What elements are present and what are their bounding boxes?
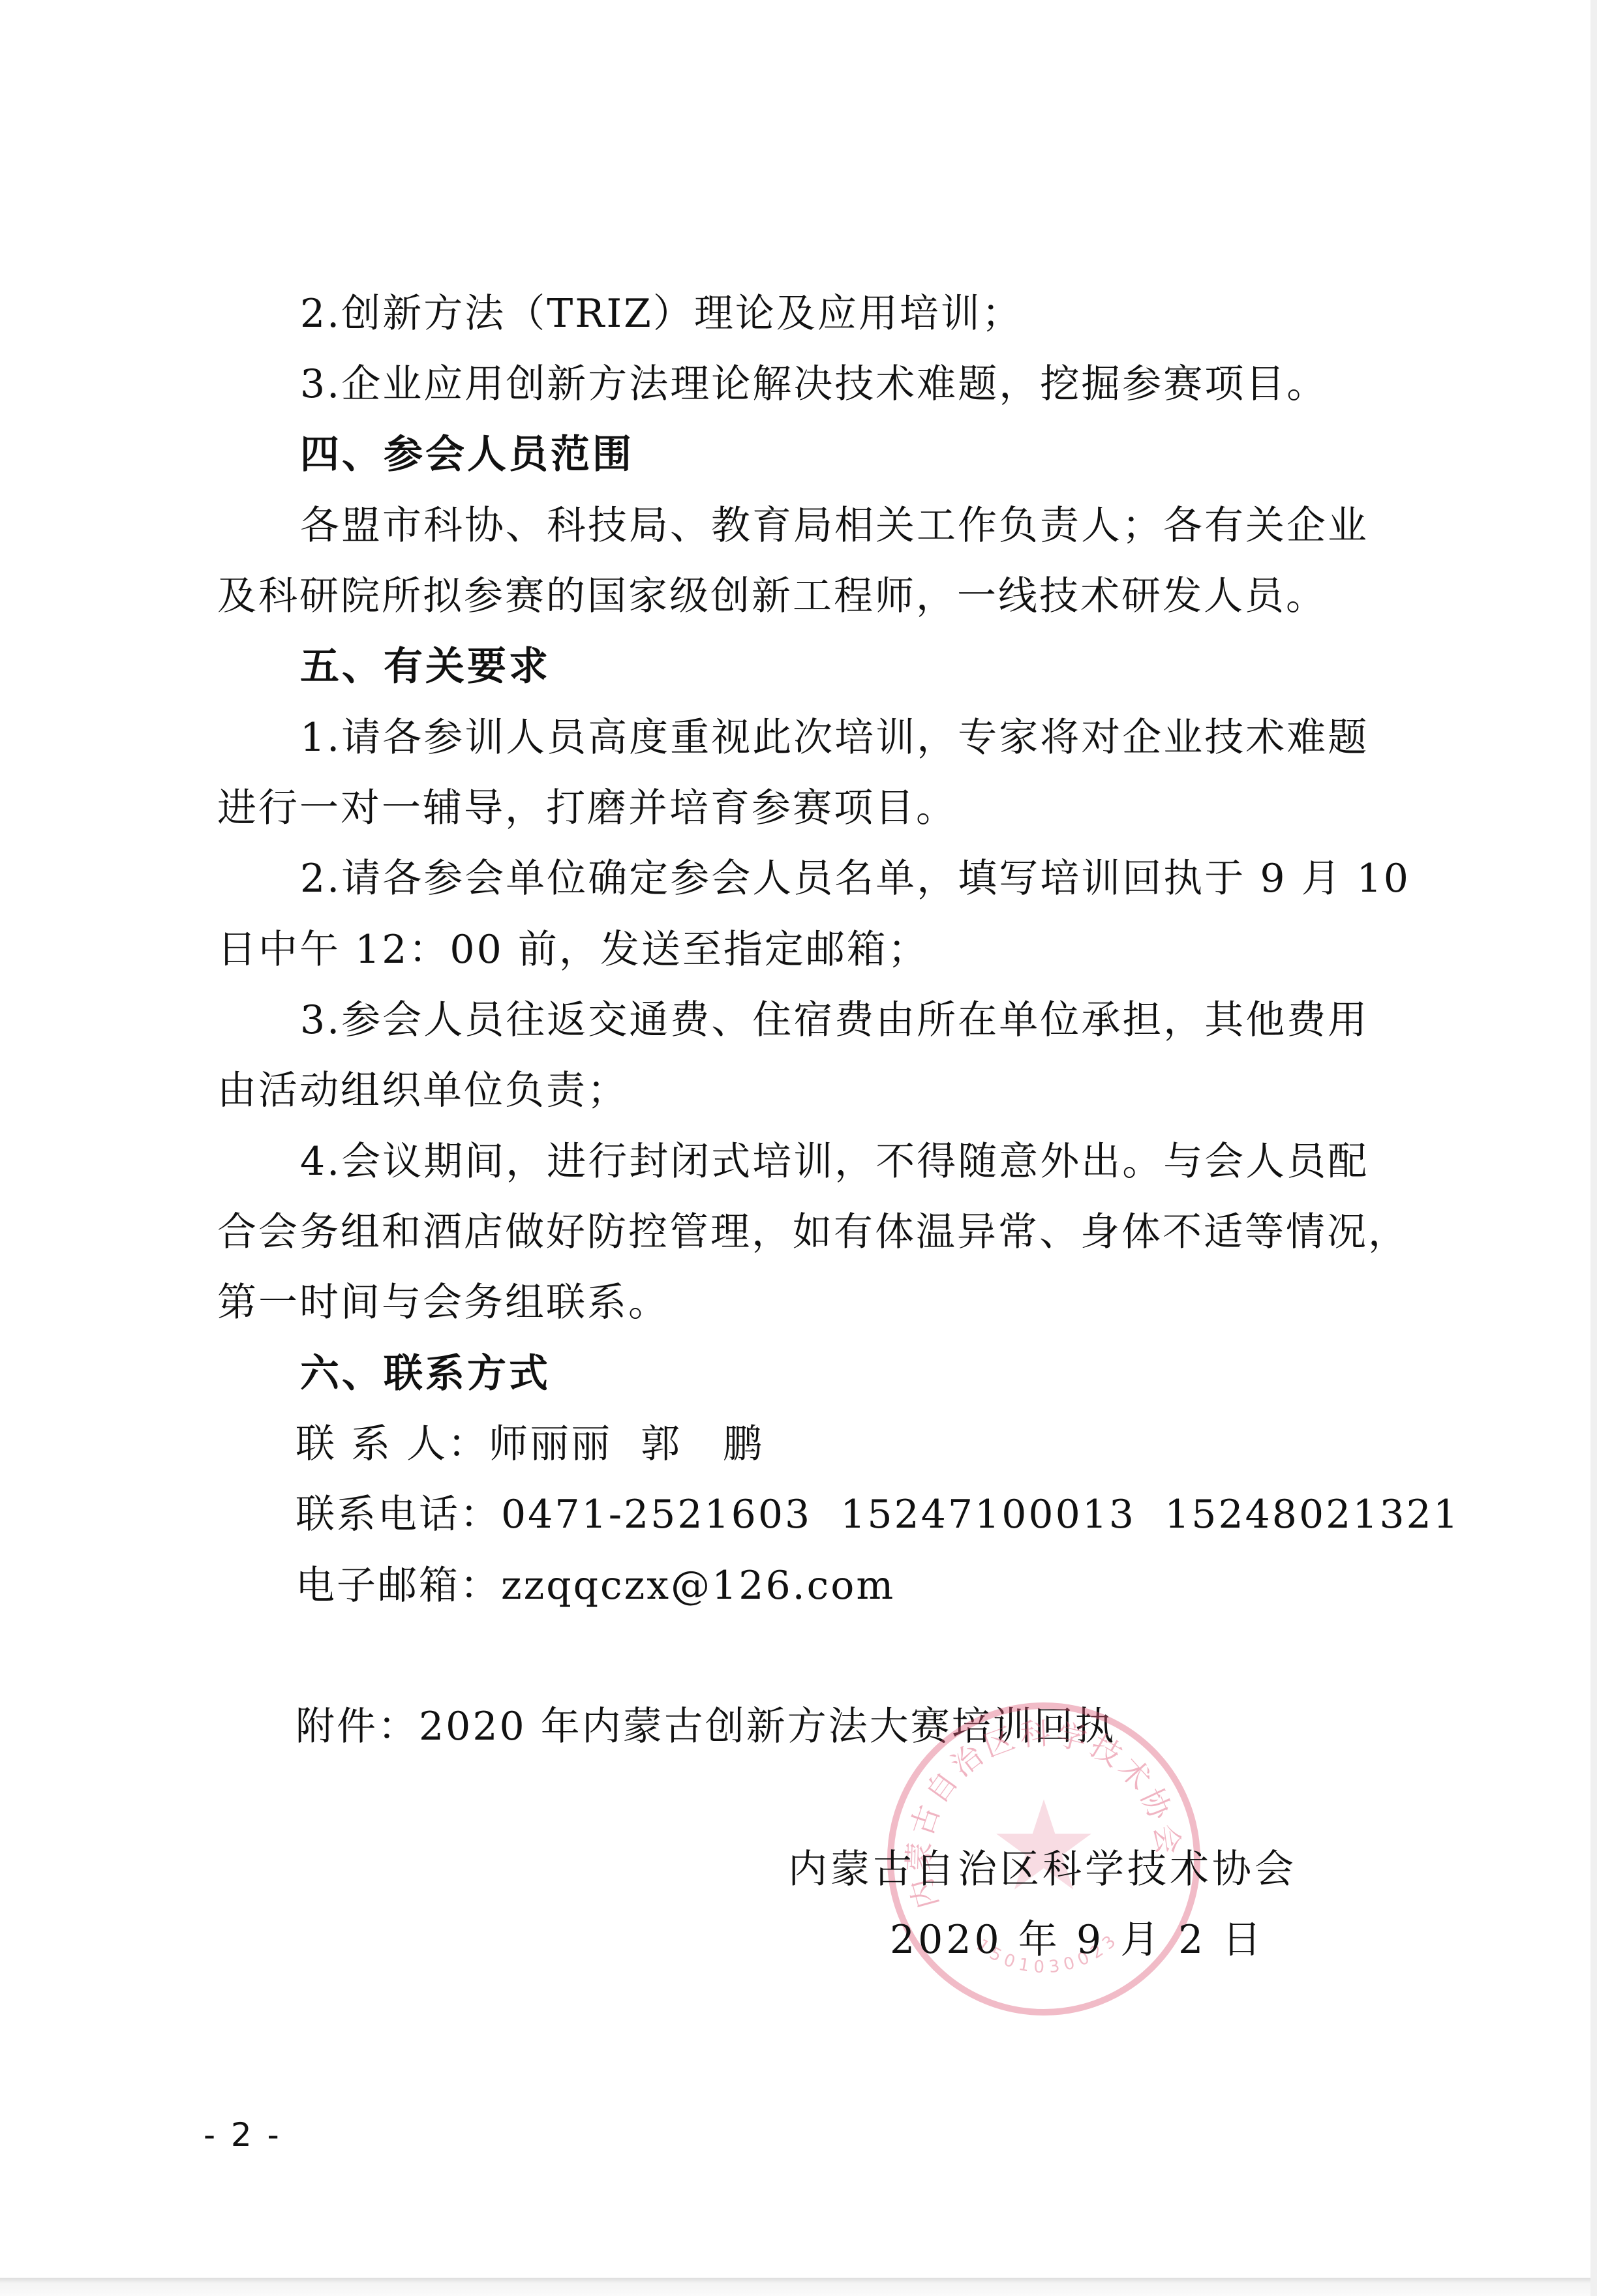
contact-phone-2: 15247100013 [840,1492,1136,1537]
contact-phones-row: 联系电话：0471-25216031524710001315248021321 [296,1479,1489,1550]
page-number: - 2 - [204,2112,282,2158]
scan-edge-bottom [0,2278,1597,2296]
document-page: 2.创新方法（TRIZ）理论及应用培训； 3.企业应用创新方法理论解决技术难题，… [0,0,1597,2296]
signature-date: 2020 年 9 月 2 日 [890,1905,1264,1975]
contact-phone-label: 联系电话： [296,1492,501,1537]
requirement-1-line2: 进行一对一辅导，打磨并培育参赛项目。 [217,773,1411,843]
scan-edge-right [1590,0,1597,2296]
requirement-1-line1: 1.请各参训人员高度重视此次培训，专家将对企业技术难题 [300,702,1494,773]
contact-email-row: 电子邮箱：zzqqczx@126.com [296,1550,1489,1621]
contact-phone-3: 15248021321 [1164,1492,1460,1537]
contact-person-1: 师丽丽 [489,1421,612,1467]
section-heading-requirements: 五、有关要求 [300,631,1494,702]
paragraph-participants-line2: 及科研院所拟参赛的国家级创新工程师，一线技术研发人员。 [217,561,1411,631]
requirement-4-line2: 合会务组和酒店做好防控管理，如有体温异常、身体不适等情况， [217,1197,1411,1267]
contact-person-2: 郭 鹏 [641,1421,764,1467]
requirement-4-line1: 4.会议期间，进行封闭式培训，不得随意外出。与会人员配 [300,1126,1494,1197]
requirement-3-line2: 由活动组织单位负责； [217,1055,1411,1126]
requirement-4-line3: 第一时间与会务组联系。 [217,1267,1411,1338]
contact-persons-label: 联 系 人： [296,1421,489,1467]
list-item-enterprise-application: 3.企业应用创新方法理论解决技术难题，挖掘参赛项目。 [300,349,1494,419]
signature-organization: 内蒙古自治区科学技术协会 [788,1834,1297,1905]
attachment-note: 附件：2020 年内蒙古创新方法大赛培训回执 [296,1691,1489,1762]
contact-email-label: 电子邮箱： [296,1563,501,1609]
requirement-2-line2: 日中午 12：00 前，发送至指定邮箱； [217,914,1411,985]
list-item-triz-training: 2.创新方法（TRIZ）理论及应用培训； [300,279,1494,349]
section-heading-participants: 四、参会人员范围 [300,419,1494,490]
section-heading-contact: 六、联系方式 [300,1338,1494,1409]
contact-phone-1: 0471-2521603 [501,1492,812,1537]
paragraph-participants-line1: 各盟市科协、科技局、教育局相关工作负责人；各有关企业 [300,491,1494,561]
contact-persons-row: 联 系 人：师丽丽郭 鹏 [296,1409,1489,1479]
requirement-2-line1: 2.请各参会单位确定参会人员名单，填写培训回执于 9 月 10 [300,843,1494,914]
contact-email-value: zzqqczx@126.com [501,1563,895,1609]
requirement-3-line1: 3.参会人员往返交通费、住宿费由所在单位承担，其他费用 [300,985,1494,1055]
